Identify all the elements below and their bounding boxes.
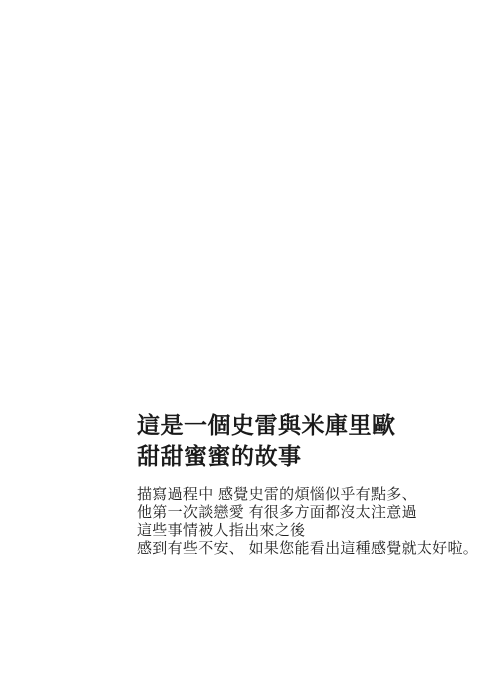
afterword-body: 描寫過程中 感覺史雷的煩惱似乎有點多、 他第一次談戀愛 有很多方面都沒太注意過 … <box>137 486 477 558</box>
body-line-4: 感到有些不安、 如果您能看出這種感覺就太好啦。 <box>137 540 477 558</box>
afterword-page: 這是一個史雷與米庫里歐 甜甜蜜蜜的故事 描寫過程中 感覺史雷的煩惱似乎有點多、 … <box>0 0 480 685</box>
body-line-2: 他第一次談戀愛 有很多方面都沒太注意過 <box>137 504 477 522</box>
body-line-1: 描寫過程中 感覺史雷的煩惱似乎有點多、 <box>137 486 477 504</box>
body-line-3: 這些事情被人指出來之後 <box>137 522 477 540</box>
afterword-text-block: 這是一個史雷與米庫里歐 甜甜蜜蜜的故事 描寫過程中 感覺史雷的煩惱似乎有點多、 … <box>137 410 477 558</box>
heading-line-1: 這是一個史雷與米庫里歐 <box>137 410 477 441</box>
heading-line-2: 甜甜蜜蜜的故事 <box>137 441 477 472</box>
afterword-heading: 這是一個史雷與米庫里歐 甜甜蜜蜜的故事 <box>137 410 477 472</box>
